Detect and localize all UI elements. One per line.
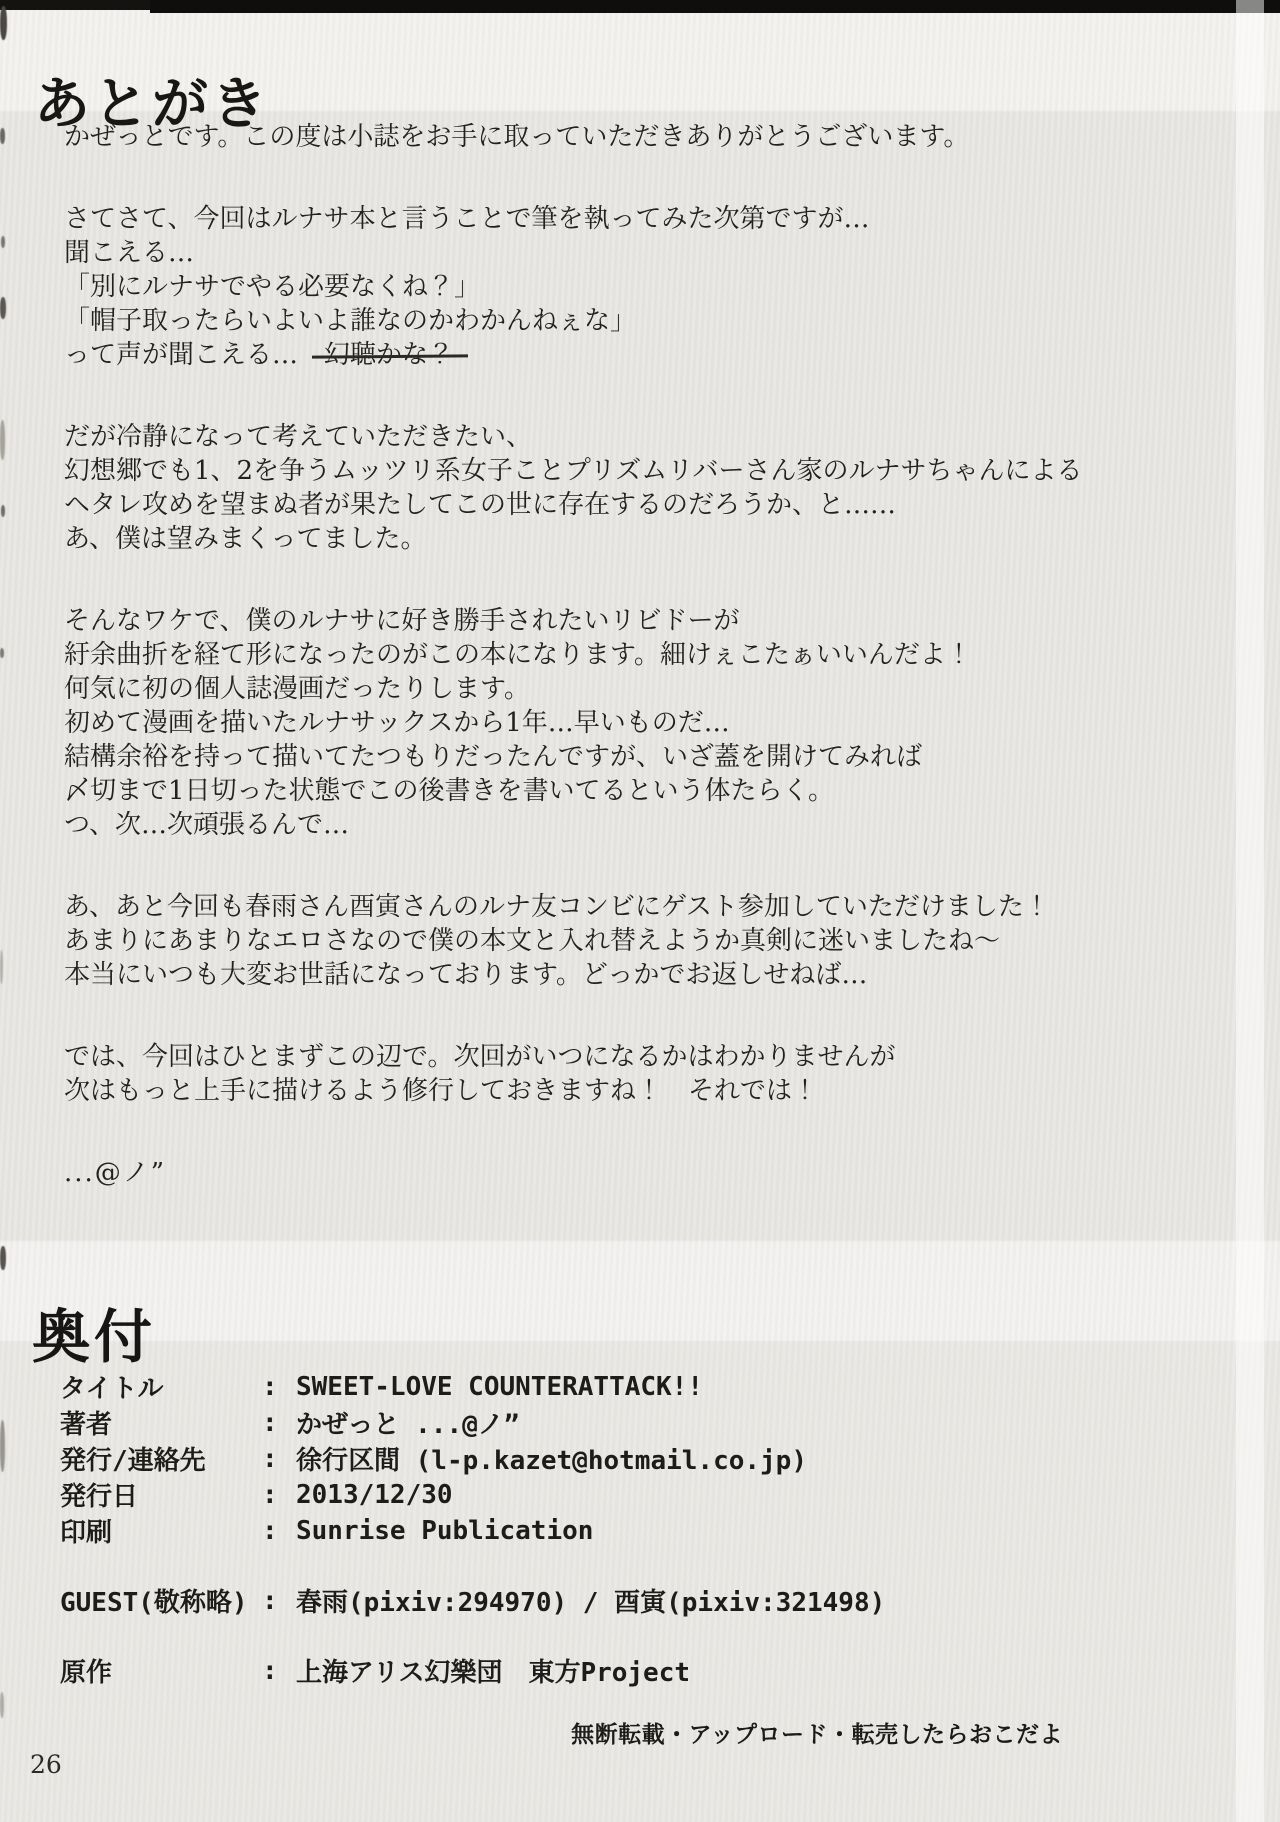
colophon-row-gap [60,1618,1160,1652]
colophon-row-publisher-contact: 発行/連絡先 : 徐行区間 (l-p.kazet@hotmail.co.jp) [60,1440,1160,1476]
afterword-paragraph: では、今回はひとまずこの辺で。次回がいつになるかはわかりませんが 次はもっと上手… [64,1040,1094,1108]
colophon-heading: 奥付 [32,1290,156,1374]
text-line: あまりにあまりなエロさなので僕の本文と入れ替えようか真剣に迷いましたね～ [64,924,1094,958]
struck-text: 幻聴かな？ [324,338,454,372]
scan-speck [0,1246,6,1270]
no-reupload-warning: 無断転載・アップロード・転売したらおこだよ [571,1716,1063,1749]
afterword-paragraph: かぜっとです。この度は小誌をお手に取っていただきありがとうございます。 [64,120,1094,154]
afterword-body-text: かぜっとです。この度は小誌をお手に取っていただきありがとうございます。 さてさて… [64,120,1094,1190]
colophon-row-gap [60,1548,1160,1582]
colophon-row-author: 著者 : かぜっと ...@ノ” [60,1404,1160,1440]
afterword-paragraph: だが冷静になって考えていただきたい、 幻想郷でも1、2を争うムッツリ系女子ことプ… [64,420,1094,556]
text-line: かぜっとです。この度は小誌をお手に取っていただきありがとうございます。 [64,120,1094,154]
afterword-paragraph: そんなワケで、僕のルナサに好き勝手されたいリビドーが 紆余曲折を経て形になったの… [64,604,1094,842]
text-line: 「別にルナサでやる必要なくね？」 [64,270,1094,304]
text-line: あ、あと今回も春雨さん酉寅さんのルナ友コンビにゲスト参加していただけました！ [64,890,1094,924]
colophon-colon: : [262,1372,296,1402]
colophon-label: 発行/連絡先 [60,1440,262,1477]
scan-speck [1,505,5,517]
colophon-colon: : [262,1586,296,1616]
colophon-value: SWEET-LOVE COUNTERATTACK!! [296,1372,1160,1402]
colophon-colon: : [262,1480,296,1510]
colophon-row-printer: 印刷 : Sunrise Publication [60,1512,1160,1548]
scan-light-strip [1236,0,1264,1822]
text-line: では、今回はひとまずこの辺で。次回がいつになるかはわかりませんが [64,1040,1094,1074]
colophon-colon: : [262,1516,296,1546]
scan-speck [0,1692,4,1718]
text-line: つ、次…次頑張るんで… [64,808,1094,842]
scanned-doujinshi-afterword-page: あとがき かぜっとです。この度は小誌をお手に取っていただきありがとうございます。… [0,0,1280,1822]
scan-speck [0,6,7,40]
text-line: そんなワケで、僕のルナサに好き勝手されたいリビドーが [64,604,1094,638]
text-line: 幻想郷でも1、2を争うムッツリ系女子ことプリズムリバーさん家のルナサちゃんによる [64,454,1094,488]
colophon-row-title: タイトル : SWEET-LOVE COUNTERATTACK!! [60,1368,1160,1404]
colophon-row-original-work: 原作 : 上海アリス幻樂団 東方Project [60,1652,1160,1688]
colophon-value: Sunrise Publication [296,1516,1160,1546]
strike-line-prefix: って声が聞こえる… [64,340,324,370]
colophon-label: 原作 [60,1652,262,1689]
text-line: 次はもっと上手に描けるよう修行しておきますね！ それでは！ [64,1074,1094,1108]
text-line: 初めて漫画を描いたルナサックスから1年…早いものだ… [64,706,1094,740]
author-signature: ...@ノ” [64,1156,1094,1190]
scan-top-edge-bar-thick [150,0,1280,13]
colophon-value: 春雨(pixiv:294970) / 酉寅(pixiv:321498) [296,1582,1160,1619]
text-line: 「帽子取ったらいよいよ誰なのかわかんねぇな」 [64,304,1094,338]
text-line: 本当にいつも大変お世話になっております。どっかでお返しせねば… [64,958,1094,992]
text-line: あ、僕は望みまくってました。 [64,522,1094,556]
text-line: だが冷静になって考えていただきたい、 [64,420,1094,454]
colophon-row-publish-date: 発行日 : 2013/12/30 [60,1476,1160,1512]
text-line: 聞こえる… [64,236,1094,270]
text-line: 結構余裕を持って描いてたつもりだったんですが、いざ蓋を開けてみれば [64,740,1094,774]
text-line: 何気に初の個人誌漫画だったりします。 [64,672,1094,706]
text-line: ヘタレ攻めを望まぬ者が果たしてこの世に存在するのだろうか、と…… [64,488,1094,522]
text-line: 〆切まで1日切った状態でこの後書きを書いてるという体たらく。 [64,774,1094,808]
colophon-label: 印刷 [60,1512,262,1549]
text-line-with-strikethrough: って声が聞こえる… 幻聴かな？ [64,338,1094,372]
scan-speck [0,420,5,460]
afterword-paragraph: あ、あと今回も春雨さん酉寅さんのルナ友コンビにゲスト参加していただけました！ あ… [64,890,1094,992]
colophon-label: GUEST(敬称略) [60,1582,262,1619]
page-number: 26 [30,1750,62,1779]
scan-speck [0,950,3,984]
scan-speck [0,1420,5,1472]
colophon-label: 発行日 [60,1476,262,1513]
text-line: さてさて、今回はルナサ本と言うことで筆を執ってみた次第ですが… [64,202,1094,236]
colophon-value: 上海アリス幻樂団 東方Project [296,1652,1160,1689]
scan-speck [1,236,5,248]
colophon-label: タイトル [60,1368,262,1405]
colophon-colon: : [262,1408,296,1438]
text-line: 紆余曲折を経て形になったのがこの本になります。細けぇこたぁいいんだよ！ [64,638,1094,672]
colophon-value: 徐行区間 (l-p.kazet@hotmail.co.jp) [296,1440,1160,1477]
scan-speck [0,648,4,658]
colophon-label: 著者 [60,1404,262,1441]
colophon-table: タイトル : SWEET-LOVE COUNTERATTACK!! 著者 : か… [60,1368,1160,1688]
scan-speck [0,297,6,319]
colophon-value: かぜっと ...@ノ” [296,1404,1160,1441]
colophon-colon: : [262,1444,296,1474]
colophon-row-guests: GUEST(敬称略) : 春雨(pixiv:294970) / 酉寅(pixiv… [60,1582,1160,1618]
afterword-paragraph: さてさて、今回はルナサ本と言うことで筆を執ってみた次第ですが… 聞こえる… 「別… [64,202,1094,372]
scan-speck [0,128,5,144]
colophon-value: 2013/12/30 [296,1480,1160,1510]
colophon-colon: : [262,1656,296,1686]
